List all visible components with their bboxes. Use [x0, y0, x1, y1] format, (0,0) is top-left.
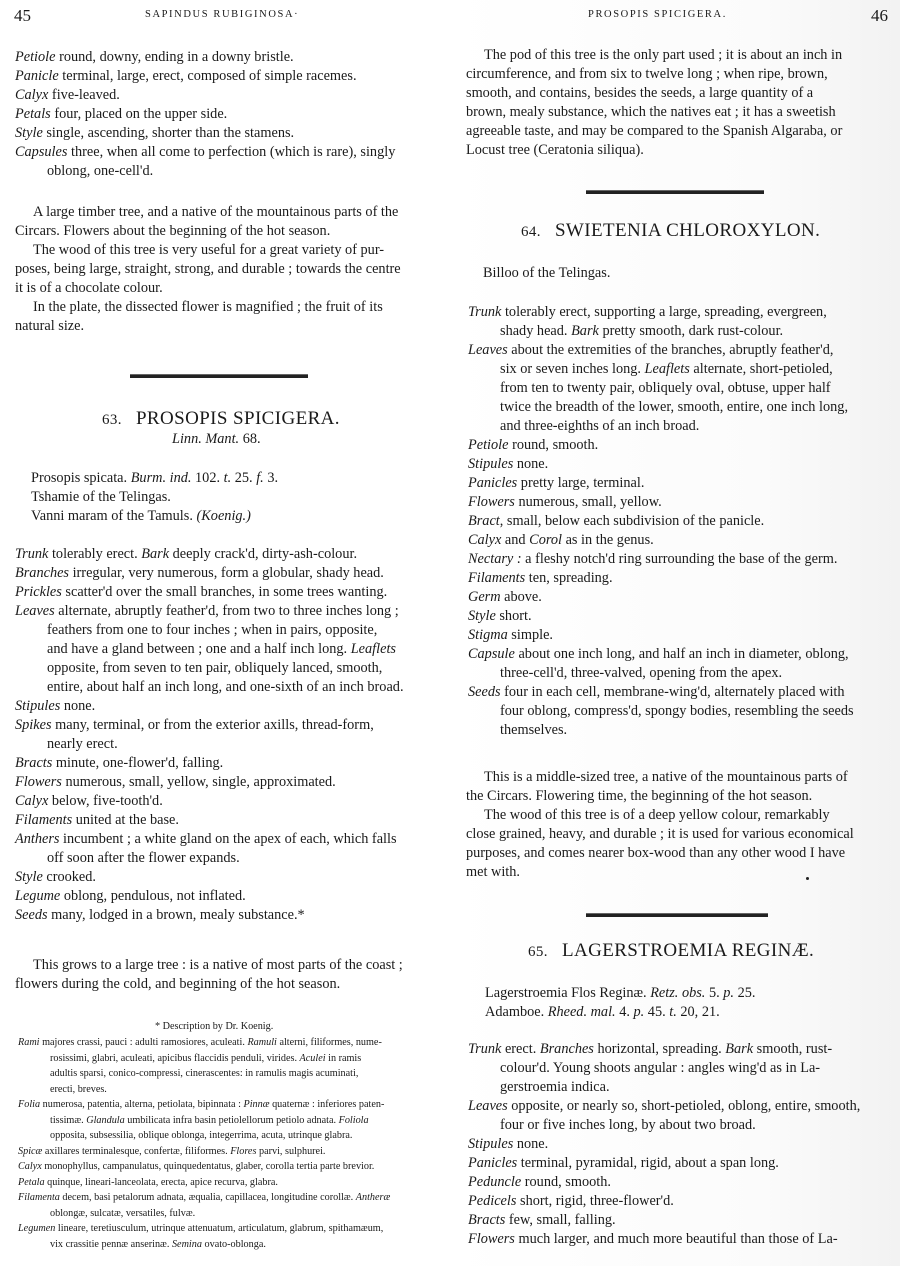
citation: Burm. ind. — [131, 470, 192, 486]
footnote-line: Petala quinque, lineari-lanceolata, erec… — [18, 1175, 438, 1191]
section-divider — [586, 913, 768, 917]
entry-title-64: 64.SWIETENIA CHLOROXYLON. — [521, 220, 820, 242]
citation-num: 102. — [191, 470, 223, 486]
citation: Retz. obs. — [650, 985, 705, 1001]
term-text: tolerably erect. — [48, 546, 141, 562]
description-line: twice the breadth of the lower, smooth, … — [468, 398, 890, 417]
citation-num: 25. — [734, 985, 755, 1001]
term-text: none. — [513, 1136, 548, 1152]
term: Bracts — [15, 755, 52, 771]
term-text: opposite, or nearly so, short-petioled, … — [508, 1098, 861, 1114]
term-text: in ramis — [326, 1053, 362, 1064]
description-65: Trunk erect. Branches horizontal, spread… — [468, 1040, 890, 1249]
term: Leaves — [468, 342, 508, 358]
term-text: pretty smooth, dark rust-colour. — [599, 323, 783, 339]
footnote-line: oblongæ, sulcatæ, versatiles, fulvæ. — [18, 1206, 438, 1222]
text-line: Locust tree (Ceratonia siliqua). — [466, 141, 886, 160]
description-line: Petiole round, smooth. — [468, 436, 890, 455]
term: Bark — [725, 1041, 753, 1057]
description-line: four oblong, compress'd, spongy bodies, … — [468, 702, 890, 721]
term-text: three, when all come to perfection (whic… — [67, 144, 395, 160]
running-head: SAPINDUS RUBIGINOSA· — [145, 9, 299, 20]
term-text: and — [501, 532, 529, 548]
term-text: ovato-oblonga. — [202, 1239, 266, 1250]
synonym-name: Prosopis spicata. — [31, 470, 131, 486]
term: Stigma — [468, 627, 508, 643]
description-line: Style short. — [468, 607, 890, 626]
footnote-heading: * Description by Dr. Koenig. — [155, 1019, 273, 1035]
description-line: Leaves opposite, or nearly so, short-pet… — [468, 1097, 890, 1116]
term-text: as in the genus. — [562, 532, 654, 548]
term: Spikes — [15, 717, 52, 733]
term-text: six or seven inches long. — [500, 361, 645, 377]
synonym-line: Tshamie of the Telingas. — [31, 488, 278, 507]
remarks-63: This grows to a large tree : is a native… — [15, 956, 435, 994]
description-64: Trunk tolerably erect, supporting a larg… — [468, 303, 890, 740]
citation-num: 45. — [644, 1004, 669, 1020]
term: Prickles — [15, 584, 62, 600]
text-line: The wood of this tree is of a deep yello… — [466, 806, 888, 825]
footnote-line: opposita, subsessilia, oblique oblonga, … — [18, 1128, 438, 1144]
term: Flowers — [468, 1231, 515, 1247]
entry-title-63: 63.PROSOPIS SPICIGERA. — [102, 408, 340, 430]
term: Petals — [15, 106, 51, 122]
description-line: Prickles scatter'd over the small branch… — [15, 583, 435, 602]
term-text: numerous, small, yellow. — [515, 494, 662, 510]
term-text: four oblong, compress'd, spongy bodies, … — [500, 703, 854, 719]
description-line: six or seven inches long. Leaflets alter… — [468, 360, 890, 379]
footnote-line: Rami majores crassi, pauci : adulti ramo… — [18, 1035, 438, 1051]
description-line: Spikes many, terminal, or from the exter… — [15, 716, 435, 735]
description-line: Germ above. — [468, 588, 890, 607]
term-text: feathers from one to four inches ; when … — [47, 622, 377, 638]
footnote-koenig: Rami majores crassi, pauci : adulti ramo… — [18, 1035, 438, 1252]
text-line: This grows to a large tree : is a native… — [15, 956, 435, 975]
description-line: Calyx five-leaved. — [15, 86, 435, 105]
term: Antheræ — [356, 1192, 391, 1203]
footnote-line: rosissimi, glabri, aculeati, apicibus fl… — [18, 1051, 438, 1067]
term-text: much larger, and much more beautiful tha… — [515, 1231, 838, 1247]
term: Style — [15, 869, 43, 885]
term: Filaments — [468, 570, 525, 586]
right-page: PROSOPIS SPICIGERA. 46 The pod of this t… — [450, 0, 900, 1266]
text-line: smooth, and contains, besides the seeds,… — [466, 84, 886, 103]
footnote-line: erecti, breves. — [18, 1082, 438, 1098]
synonym-line: Lagerstroemia Flos Reginæ. Retz. obs. 5.… — [485, 984, 755, 1003]
term-text: opposite, from seven to ten pair, obliqu… — [47, 660, 382, 676]
term: Capsule — [468, 646, 515, 662]
term-text: alterni, filiformes, nume- — [277, 1037, 382, 1048]
synonyms-63: Prosopis spicata. Burm. ind. 102. t. 25.… — [31, 469, 278, 526]
term: Trunk — [468, 304, 501, 320]
term-text: about one inch long, and half an inch in… — [515, 646, 849, 662]
term-text: and have a gland between ; one and a hal… — [47, 641, 351, 657]
description-line: and three-eighths of an inch broad. — [468, 417, 890, 436]
description-line: nearly erect. — [15, 735, 435, 754]
term: Panicle — [15, 68, 59, 84]
term-text: four in each cell, membrane-wing'd, alte… — [501, 684, 845, 700]
term: Calyx — [15, 793, 48, 809]
term-text: above. — [501, 589, 542, 605]
term-text: many, terminal, or from the exterior axi… — [52, 717, 374, 733]
term-text: tissimæ. — [50, 1115, 86, 1126]
term: Trunk — [468, 1041, 501, 1057]
text-line: circumference, and from six to twelve lo… — [466, 65, 886, 84]
description-line: Petiole round, downy, ending in a downy … — [15, 48, 435, 67]
description-line: Panicles terminal, pyramidal, rigid, abo… — [468, 1154, 890, 1173]
term-text: themselves. — [500, 722, 567, 738]
description-line: Filaments united at the base. — [15, 811, 435, 830]
term-text: off soon after the flower expands. — [47, 850, 240, 866]
description-line: Trunk tolerably erect, supporting a larg… — [468, 303, 890, 322]
description-line: Capsules three, when all come to perfect… — [15, 143, 435, 162]
description-line: Style crooked. — [15, 868, 435, 887]
term-text: numerosa, patentia, alterna, petiolata, … — [40, 1099, 243, 1110]
term: Leaves — [468, 1098, 508, 1114]
text-line: natural size. — [15, 317, 435, 336]
term-text: round, downy, ending in a downy bristle. — [56, 49, 294, 65]
term-text: oblongæ, sulcatæ, versatiles, fulvæ. — [50, 1208, 195, 1219]
term: Stipules — [468, 456, 513, 472]
page-number: 46 — [871, 6, 888, 26]
term: Petiole — [468, 437, 509, 453]
footnote-line: Spicæ axillares terminalesque, confertæ,… — [18, 1144, 438, 1160]
term-text: alternate, short-petioled, — [690, 361, 833, 377]
citation: p. — [634, 1004, 645, 1020]
text-line: In the plate, the dissected flower is ma… — [15, 298, 435, 317]
term-text: quinque, lineari-lanceolata, erecta, api… — [45, 1177, 278, 1188]
description-line: Filaments ten, spreading. — [468, 569, 890, 588]
description-line: Bract, small, below each subdivision of … — [468, 512, 890, 531]
term-text: round, smooth. — [509, 437, 599, 453]
citation: f. — [256, 470, 264, 486]
term: Branches — [540, 1041, 594, 1057]
text-line: poses, being large, straight, strong, an… — [15, 260, 435, 279]
continued-remarks: The pod of this tree is the only part us… — [466, 46, 886, 160]
term: Stipules — [468, 1136, 513, 1152]
description-line: gerstroemia indica. — [468, 1078, 890, 1097]
term: Legume — [15, 888, 60, 904]
citation: (Koenig.) — [197, 508, 251, 524]
entry-title-65: 65.LAGERSTROEMIA REGINÆ. — [528, 940, 814, 962]
description-line: Leaves about the extremities of the bran… — [468, 341, 890, 360]
term-text: four or five inches long, by about two b… — [500, 1117, 756, 1133]
description-line: Anthers incumbent ; a white gland on the… — [15, 830, 435, 849]
term-text: terminal, large, erect, composed of simp… — [59, 68, 357, 84]
term-text: parvi, sulphurei. — [256, 1146, 325, 1157]
term: Pinnæ — [243, 1099, 269, 1110]
text-line: The pod of this tree is the only part us… — [466, 46, 886, 65]
term: Style — [15, 125, 43, 141]
description-line: shady head. Bark pretty smooth, dark rus… — [468, 322, 890, 341]
description-line: themselves. — [468, 721, 890, 740]
term-text: many, lodged in a brown, mealy substance… — [48, 907, 305, 923]
text-line: met with. — [466, 863, 888, 882]
term: Leaflets — [351, 641, 396, 657]
synonym-line: Vanni maram of the Tamuls. (Koenig.) — [31, 507, 278, 526]
text-line: The wood of this tree is very useful for… — [15, 241, 435, 260]
term-text: simple. — [508, 627, 553, 643]
term-text: tolerably erect, supporting a large, spr… — [501, 304, 826, 320]
term-text: oblong, one-cell'd. — [47, 163, 153, 179]
text-line: the Circars. Flowering time, the beginni… — [466, 787, 888, 806]
term: Calyx — [15, 87, 48, 103]
synonym-line: Adamboe. Rheed. mal. 4. p. 45. t. 20, 21… — [485, 1003, 755, 1022]
term-text: vix crassitie pennæ anserinæ. — [50, 1239, 172, 1250]
term-text: about the extremities of the branches, a… — [508, 342, 834, 358]
term: Panicles — [468, 475, 517, 491]
description-line: Stipules none. — [15, 697, 435, 716]
term: Nectary : — [468, 551, 522, 567]
description-line: opposite, from seven to ten pair, obliqu… — [15, 659, 435, 678]
term-text: colour'd. Young shoots angular : angles … — [500, 1060, 820, 1076]
description-line: Trunk erect. Branches horizontal, spread… — [468, 1040, 890, 1059]
term: Peduncle — [468, 1174, 521, 1190]
page-number: 45 — [14, 6, 31, 26]
entry-authority: Linn. Mant. 68. — [172, 430, 261, 449]
description-line: Trunk tolerably erect. Bark deeply crack… — [15, 545, 435, 564]
text-line: purposes, and comes nearer box-wood than… — [466, 844, 888, 863]
description-line: three-cell'd, three-valved, opening from… — [468, 664, 890, 683]
text-line: brown, mealy substance, which the native… — [466, 103, 886, 122]
term: Semina — [172, 1239, 202, 1250]
term-text: erect. — [501, 1041, 540, 1057]
term-text: oblong, pendulous, not inflated. — [60, 888, 245, 904]
citation: Rheed. mal. — [548, 1004, 616, 1020]
description-line: feathers from one to four inches ; when … — [15, 621, 435, 640]
term: Bracts — [468, 1212, 505, 1228]
synonym-name: Tshamie of the Telingas. — [31, 489, 171, 505]
description-line: Bracts minute, one-flower'd, falling. — [15, 754, 435, 773]
term: Glandula — [86, 1115, 125, 1126]
term-text: decem, basi petalorum adnata, æqualia, c… — [60, 1192, 356, 1203]
term-text: united at the base. — [72, 812, 179, 828]
term-text: five-leaved. — [48, 87, 119, 103]
description-line: Seeds many, lodged in a brown, mealy sub… — [15, 906, 435, 925]
remarks-64: This is a middle-sized tree, a native of… — [466, 768, 888, 882]
description-63: Trunk tolerably erect. Bark deeply crack… — [15, 545, 435, 925]
term-text: twice the breadth of the lower, smooth, … — [500, 399, 848, 415]
term: Anthers — [15, 831, 59, 847]
term: Flowers — [15, 774, 62, 790]
citation-num: 25. — [231, 470, 256, 486]
term: Stipules — [15, 698, 60, 714]
term-text: four, placed on the upper side. — [51, 106, 228, 122]
term: Capsules — [15, 144, 67, 160]
text-line: A large timber tree, and a native of the… — [15, 203, 435, 222]
term: Germ — [468, 589, 501, 605]
term: Leaves — [15, 603, 55, 619]
term-text: horizontal, spreading. — [594, 1041, 725, 1057]
term-text: single, ascending, shorter than the stam… — [43, 125, 294, 141]
text-line: This is a middle-sized tree, a native of… — [466, 768, 888, 787]
footnote-line: vix crassitie pennæ anserinæ. Semina ova… — [18, 1237, 438, 1253]
term-text: adultis sparsi, conico-compressi, cinera… — [50, 1068, 358, 1079]
term: Petala — [18, 1177, 45, 1188]
term-text: irregular, very numerous, form a globula… — [69, 565, 384, 581]
description-line: from ten to twenty pair, obliquely oval,… — [468, 379, 890, 398]
term-text: entire, about half an inch long, and one… — [47, 679, 404, 695]
citation-num: 20, 21. — [677, 1004, 720, 1020]
synonym-64: Billoo of the Telingas. — [483, 264, 610, 283]
synonym-name: Adamboe. — [485, 1004, 548, 1020]
description-line: and have a gland between ; one and a hal… — [15, 640, 435, 659]
term-text: scatter'd over the small branches, in so… — [62, 584, 387, 600]
term-text: numerous, small, yellow, single, approxi… — [62, 774, 336, 790]
term: Seeds — [468, 684, 501, 700]
synonym-name: Vanni maram of the Tamuls. — [31, 508, 197, 524]
description-line: Flowers numerous, small, yellow, single,… — [15, 773, 435, 792]
term: Aculei — [300, 1053, 326, 1064]
term: Branches — [15, 565, 69, 581]
term: Ramuli — [247, 1037, 276, 1048]
description-line: Flowers numerous, small, yellow. — [468, 493, 890, 512]
term: Spicæ — [18, 1146, 42, 1157]
term: Corol — [529, 532, 562, 548]
text-line: Circars. Flowers about the beginning of … — [15, 222, 435, 241]
term-text: alternate, abruptly feather'd, from two … — [55, 603, 399, 619]
term: Flores — [230, 1146, 256, 1157]
description-line: oblong, one-cell'd. — [15, 162, 435, 181]
term-text: erecti, breves. — [50, 1084, 107, 1095]
description-line: Bracts few, small, falling. — [468, 1211, 890, 1230]
description-line: off soon after the flower expands. — [15, 849, 435, 868]
citation: p. — [723, 985, 734, 1001]
footnote-line: tissimæ. Glandula umbilicata infra basin… — [18, 1113, 438, 1129]
term-text: ten, spreading. — [525, 570, 612, 586]
term-text: a fleshy notch'd ring surrounding the ba… — [522, 551, 838, 567]
term: Leaflets — [645, 361, 690, 377]
description-line: Stigma simple. — [468, 626, 890, 645]
term: Filaments — [15, 812, 72, 828]
term: Calyx — [468, 532, 501, 548]
footnote-line: Calyx monophyllus, campanulatus, quinque… — [18, 1159, 438, 1175]
description-line: Stipules none. — [468, 1135, 890, 1154]
term-text: three-cell'd, three-valved, opening from… — [500, 665, 782, 681]
description-line: Petals four, placed on the upper side. — [15, 105, 435, 124]
description-line: Seeds four in each cell, membrane-wing'd… — [468, 683, 890, 702]
term-text: none. — [60, 698, 95, 714]
term: Filamenta — [18, 1192, 60, 1203]
description-line: four or five inches long, by about two b… — [468, 1116, 890, 1135]
term-text: opposita, subsessilia, oblique oblonga, … — [50, 1130, 352, 1141]
section-divider — [586, 190, 764, 194]
description-line: Pedicels short, rigid, three-flower'd. — [468, 1192, 890, 1211]
term-text: nearly erect. — [47, 736, 118, 752]
section-divider — [130, 374, 308, 378]
term: Petiole — [15, 49, 56, 65]
term-text: smooth, rust- — [753, 1041, 832, 1057]
term: Rami — [18, 1037, 40, 1048]
term-text: terminal, pyramidal, rigid, about a span… — [517, 1155, 779, 1171]
term-text: incumbent ; a white gland on the apex of… — [59, 831, 396, 847]
description-line: Calyx below, five-tooth'd. — [15, 792, 435, 811]
description-line: entire, about half an inch long, and one… — [15, 678, 435, 697]
printer-dot — [806, 877, 809, 880]
description-line: Calyx and Corol as in the genus. — [468, 531, 890, 550]
footnote-line: Legumen lineare, teretiusculum, utrinque… — [18, 1221, 438, 1237]
term-text: deeply crack'd, dirty-ash-colour. — [169, 546, 357, 562]
description-line: colour'd. Young shoots angular : angles … — [468, 1059, 890, 1078]
term-text: majores crassi, pauci : adulti ramosiore… — [40, 1037, 248, 1048]
text-line: it is of a chocolate colour. — [15, 279, 435, 298]
synonym-name: Lagerstroemia Flos Reginæ. — [485, 985, 650, 1001]
term-text: below, five-tooth'd. — [48, 793, 162, 809]
text-line: flowers during the cold, and beginning o… — [15, 975, 435, 994]
term-text: short, rigid, three-flower'd. — [516, 1193, 673, 1209]
term: Foliola — [339, 1115, 369, 1126]
running-head: PROSOPIS SPICIGERA. — [588, 9, 727, 20]
term-text: pretty large, terminal. — [517, 475, 644, 491]
description-line: Capsule about one inch long, and half an… — [468, 645, 890, 664]
synonym-line: Prosopis spicata. Burm. ind. 102. t. 25.… — [31, 469, 278, 488]
term-text: axillares terminalesque, confertæ, filif… — [42, 1146, 230, 1157]
term-text: from ten to twenty pair, obliquely oval,… — [500, 380, 831, 396]
citation-num: 4. — [616, 1004, 634, 1020]
term: Seeds — [15, 907, 48, 923]
synonyms-65: Lagerstroemia Flos Reginæ. Retz. obs. 5.… — [485, 984, 755, 1022]
description-line: Branches irregular, very numerous, form … — [15, 564, 435, 583]
description-line: Nectary : a fleshy notch'd ring surround… — [468, 550, 890, 569]
term: Style — [468, 608, 496, 624]
term: Folia — [18, 1099, 40, 1110]
description-line: Leaves alternate, abruptly feather'd, fr… — [15, 602, 435, 621]
description-line: Style single, ascending, shorter than th… — [15, 124, 435, 143]
term-text: shady head. — [500, 323, 571, 339]
description-line: Panicle terminal, large, erect, composed… — [15, 67, 435, 86]
term-text: monophyllus, campanulatus, quinquedentat… — [42, 1161, 375, 1172]
term-text: minute, one-flower'd, falling. — [52, 755, 223, 771]
citation-num: 5. — [705, 985, 723, 1001]
remarks-sapindus: A large timber tree, and a native of the… — [15, 203, 435, 336]
term-text: gerstroemia indica. — [500, 1079, 610, 1095]
description-line: Flowers much larger, and much more beaut… — [468, 1230, 890, 1249]
footnote-line: adultis sparsi, conico-compressi, cinera… — [18, 1066, 438, 1082]
citation: t. — [669, 1004, 677, 1020]
term-text: and three-eighths of an inch broad. — [500, 418, 699, 434]
text-line: close grained, heavy, and durable ; it i… — [466, 825, 888, 844]
term-text: short. — [496, 608, 532, 624]
term: Pedicels — [468, 1193, 516, 1209]
description-line: Legume oblong, pendulous, not inflated. — [15, 887, 435, 906]
term: Flowers — [468, 494, 515, 510]
term-text: crooked. — [43, 869, 96, 885]
description-line: Peduncle round, smooth. — [468, 1173, 890, 1192]
term-text: few, small, falling. — [505, 1212, 615, 1228]
citation-num: 3. — [264, 470, 278, 486]
term-text: quaternæ : inferiores paten- — [270, 1099, 385, 1110]
term: Calyx — [18, 1161, 42, 1172]
term: Legumen — [18, 1223, 55, 1234]
footnote-line: Folia numerosa, patentia, alterna, petio… — [18, 1097, 438, 1113]
term-text: , small, below each subdivision of the p… — [500, 513, 764, 529]
term-text: round, smooth. — [521, 1174, 611, 1190]
term: Bark — [141, 546, 169, 562]
continued-description: Petiole round, downy, ending in a downy … — [15, 48, 435, 181]
term: Bark — [571, 323, 599, 339]
term-text: none. — [513, 456, 548, 472]
text-line: agreeable taste, and may be compared to … — [466, 122, 886, 141]
footnote-line: Filamenta decem, basi petalorum adnata, … — [18, 1190, 438, 1206]
description-line: Stipules none. — [468, 455, 890, 474]
term-text: lineare, teretiusculum, utrinque attenua… — [55, 1223, 383, 1234]
term-text: rosissimi, glabri, aculeati, apicibus fl… — [50, 1053, 300, 1064]
description-line: Panicles pretty large, terminal. — [468, 474, 890, 493]
term: Bract — [468, 513, 500, 529]
left-page: 45 SAPINDUS RUBIGINOSA· Petiole round, d… — [0, 0, 450, 1266]
term: Panicles — [468, 1155, 517, 1171]
term-text: umbilicata infra basin petiolellorum pet… — [125, 1115, 339, 1126]
